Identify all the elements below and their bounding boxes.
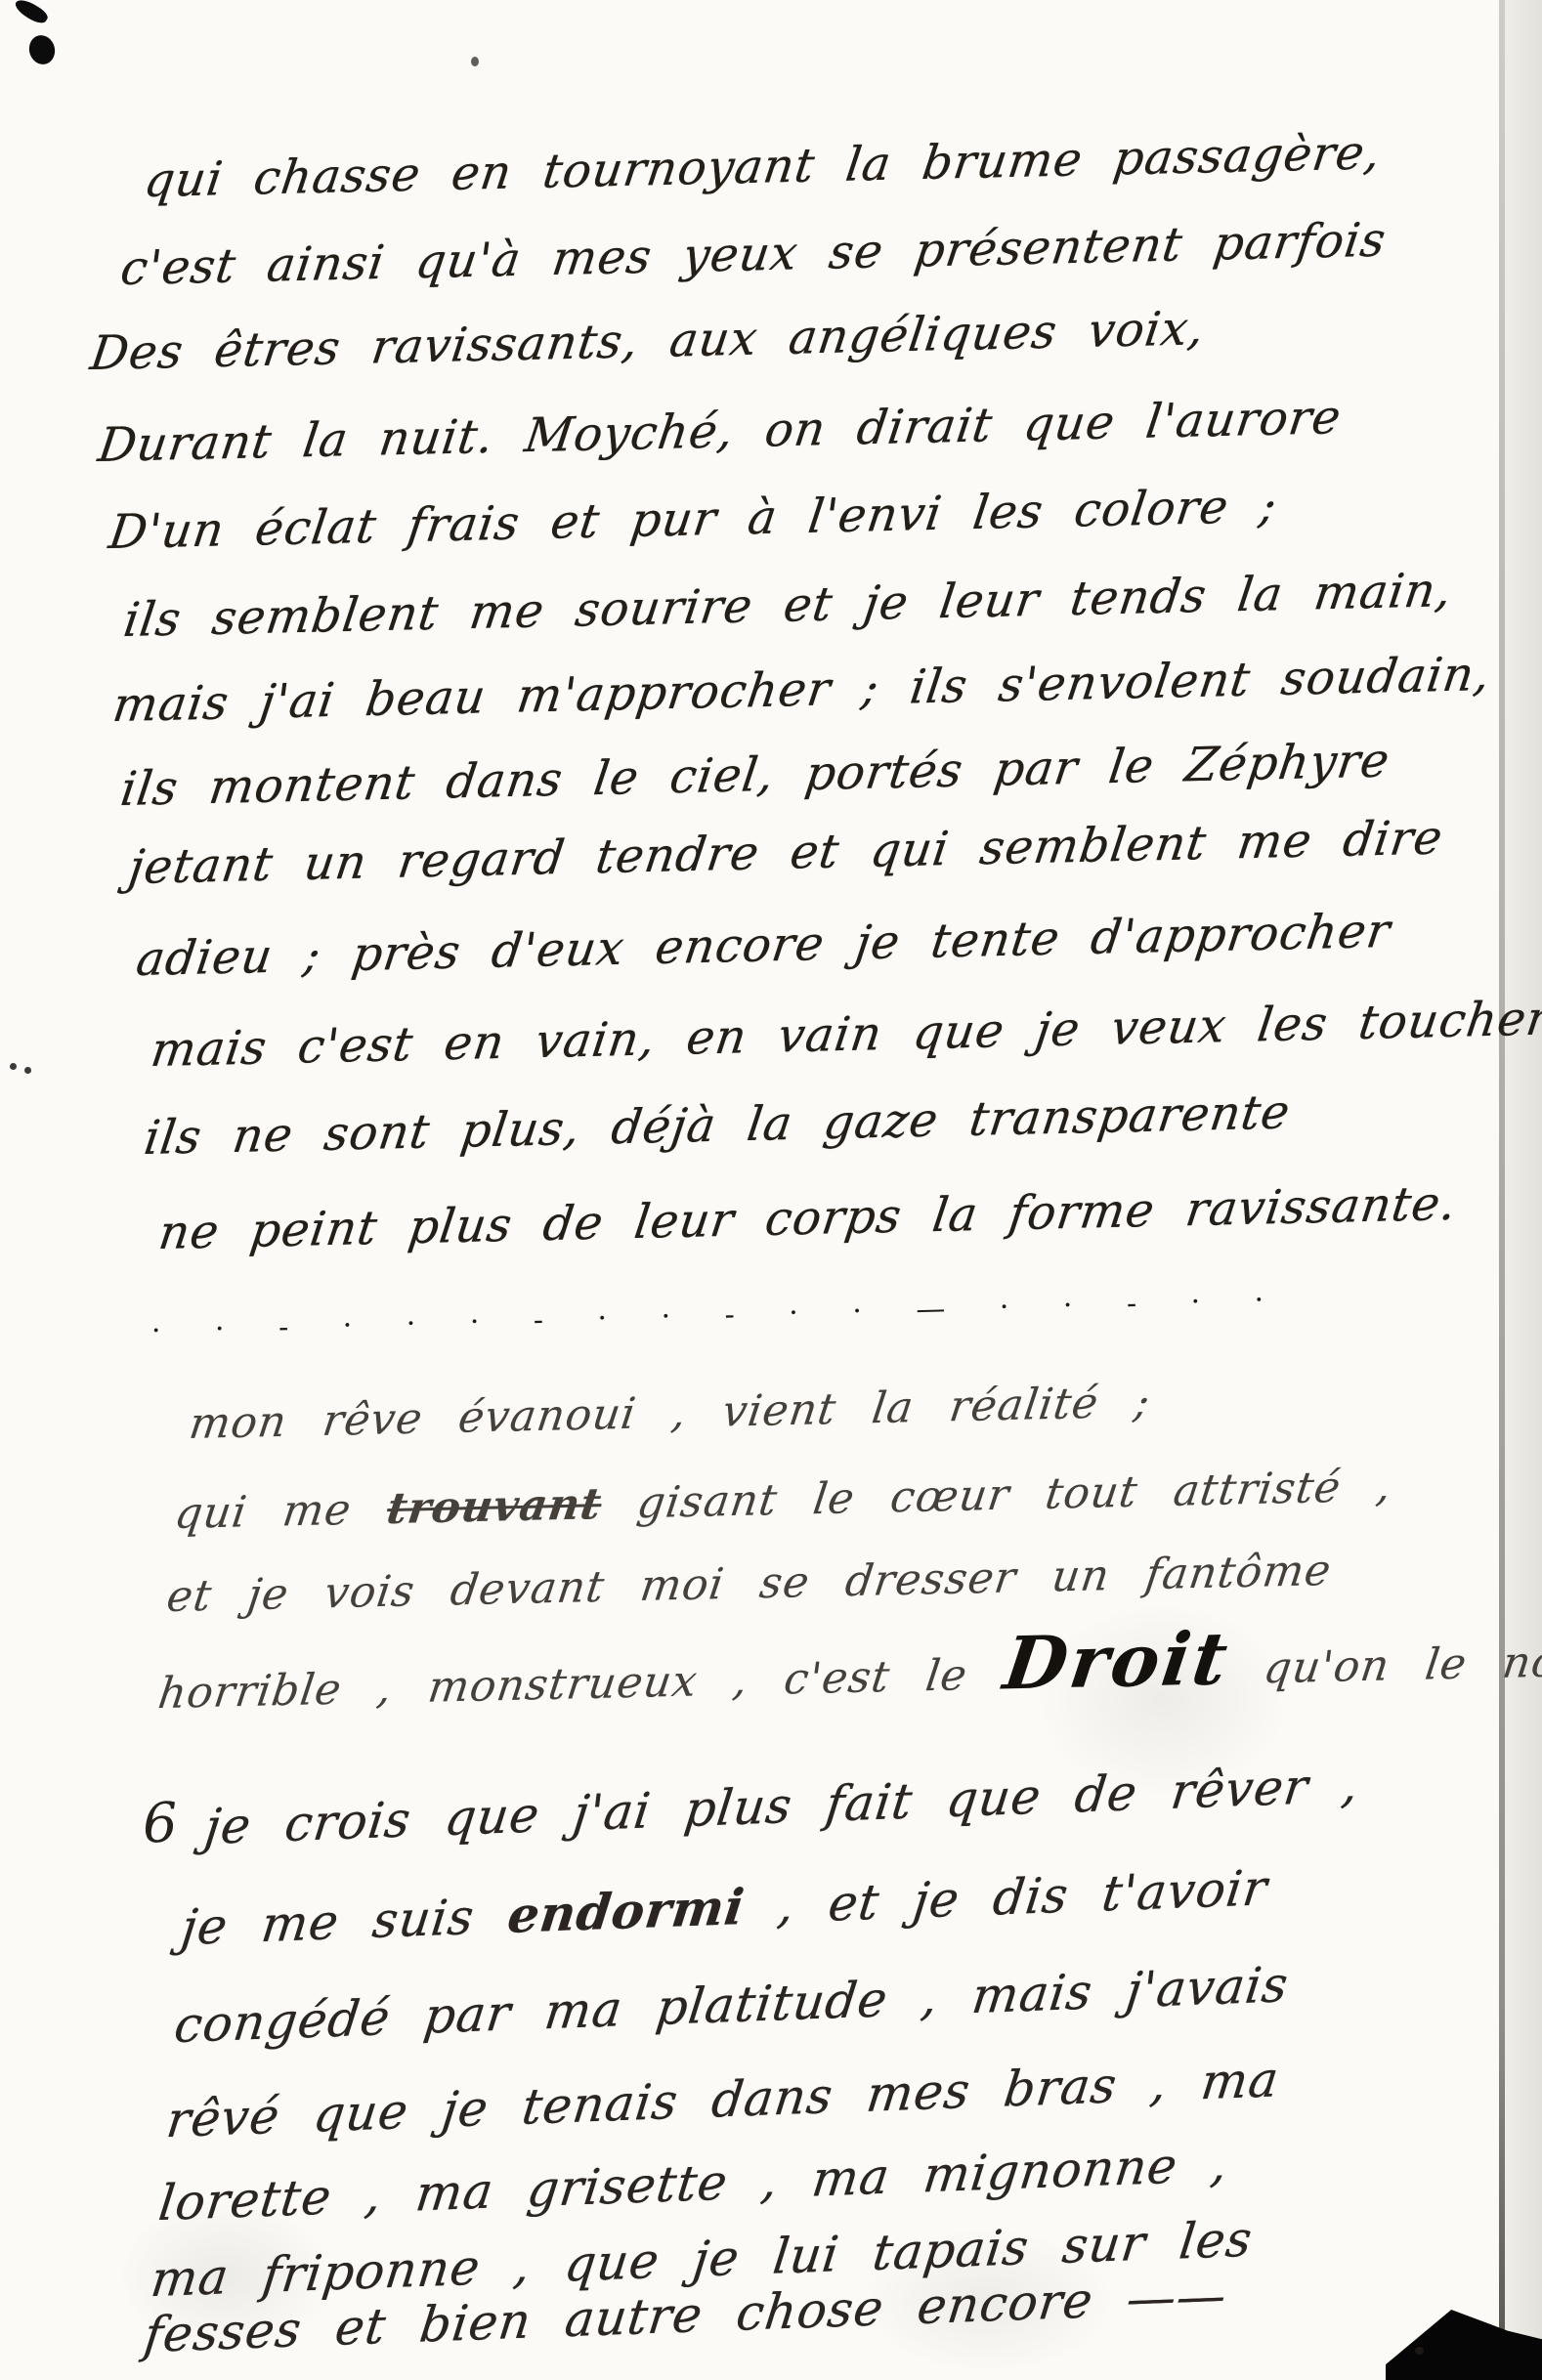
- poem-line-18: je crois que j'ai plus fait que de rêver…: [201, 1757, 1362, 1856]
- line-19-suffix: , et je dis t'avoir: [741, 1859, 1270, 1935]
- scan-dots-left-margin: [10, 1063, 17, 1070]
- poem-line-12: ils ne sont plus, déjà la gaze transpare…: [141, 1084, 1294, 1166]
- poem-line-10: adieu ; près d'eux encore je tente d'app…: [133, 904, 1393, 987]
- poem-line-21: rêvé que je tenais dans mes bras , ma: [163, 2051, 1282, 2148]
- poem-line-5: D'un éclat frais et pur à l'envi les col…: [106, 479, 1280, 560]
- poem-line-13: ne peint plus de leur corps la forme rav…: [155, 1176, 1460, 1260]
- poem-line-2: c'est ainsi qu'à mes yeux se présentent …: [117, 213, 1390, 297]
- poem-line-1: qui chasse en tournoyant la brume passag…: [141, 125, 1384, 208]
- scan-dot-top: [471, 57, 479, 66]
- poem-line-9: jetant un regard tendre et qui semblent …: [125, 810, 1446, 895]
- poem-line-3: Des êtres ravissants, aux angéliques voi…: [87, 301, 1208, 381]
- poem-line-20: congédé par ma platitude , mais j'avais: [171, 1956, 1291, 2054]
- poem-line-4: Durant la nuit. Moyché, on dirait que l'…: [95, 390, 1345, 473]
- poem-line-14: mon rêve évanoui , vient la réalité ;: [186, 1378, 1153, 1450]
- emphasized-word-droit: Droit: [999, 1617, 1234, 1707]
- manuscript-page: qui chasse en tournoyant la brume passag…: [0, 0, 1542, 2380]
- stanza-margin-number: 6: [142, 1791, 179, 1855]
- line-15-suffix: gisant le cœur tout attristé ,: [598, 1462, 1395, 1530]
- stanza-divider-dots: · · - · · · - · · - · · — · · - · ·: [151, 1283, 1266, 1348]
- overwritten-word: trouvant: [384, 1479, 605, 1534]
- poem-line-11: mais c'est en vain, en vain que je veux …: [148, 991, 1542, 1078]
- poem-line-19: je me suis endormi , et je dis t'avoir: [178, 1859, 1270, 1956]
- page-fold-line: [1499, 0, 1505, 2380]
- poem-line-6: ils semblent me sourire et je leur tends…: [120, 563, 1455, 648]
- line-19-prefix: je me suis: [178, 1888, 511, 1957]
- poem-line-7: mais j'ai beau m'approcher ; ils s'envol…: [109, 647, 1494, 733]
- poem-line-16: et je vois devant moi se dresser un fant…: [163, 1546, 1334, 1623]
- scan-mark-top-left-1: [13, 0, 50, 26]
- poem-line-8: ils montent dans le ciel, portés par le …: [117, 733, 1393, 817]
- poem-line-15: qui me trouvant gisant le cœur tout attr…: [171, 1462, 1394, 1540]
- ink-dot-end: [1415, 2347, 1424, 2355]
- overwritten-word-endormi: endormi: [505, 1878, 749, 1944]
- line-15-prefix: qui me: [172, 1484, 391, 1539]
- page-edge-band: [1505, 0, 1542, 2380]
- line-17-prefix: horrible , monstrueux , c'est le: [155, 1649, 1007, 1719]
- scan-mark-top-left-2: [26, 32, 59, 67]
- poem-line-17: horrible , monstrueux , c'est le Droit q…: [155, 1624, 1542, 1720]
- line-17-suffix: qu'on le nomme: [1224, 1635, 1542, 1694]
